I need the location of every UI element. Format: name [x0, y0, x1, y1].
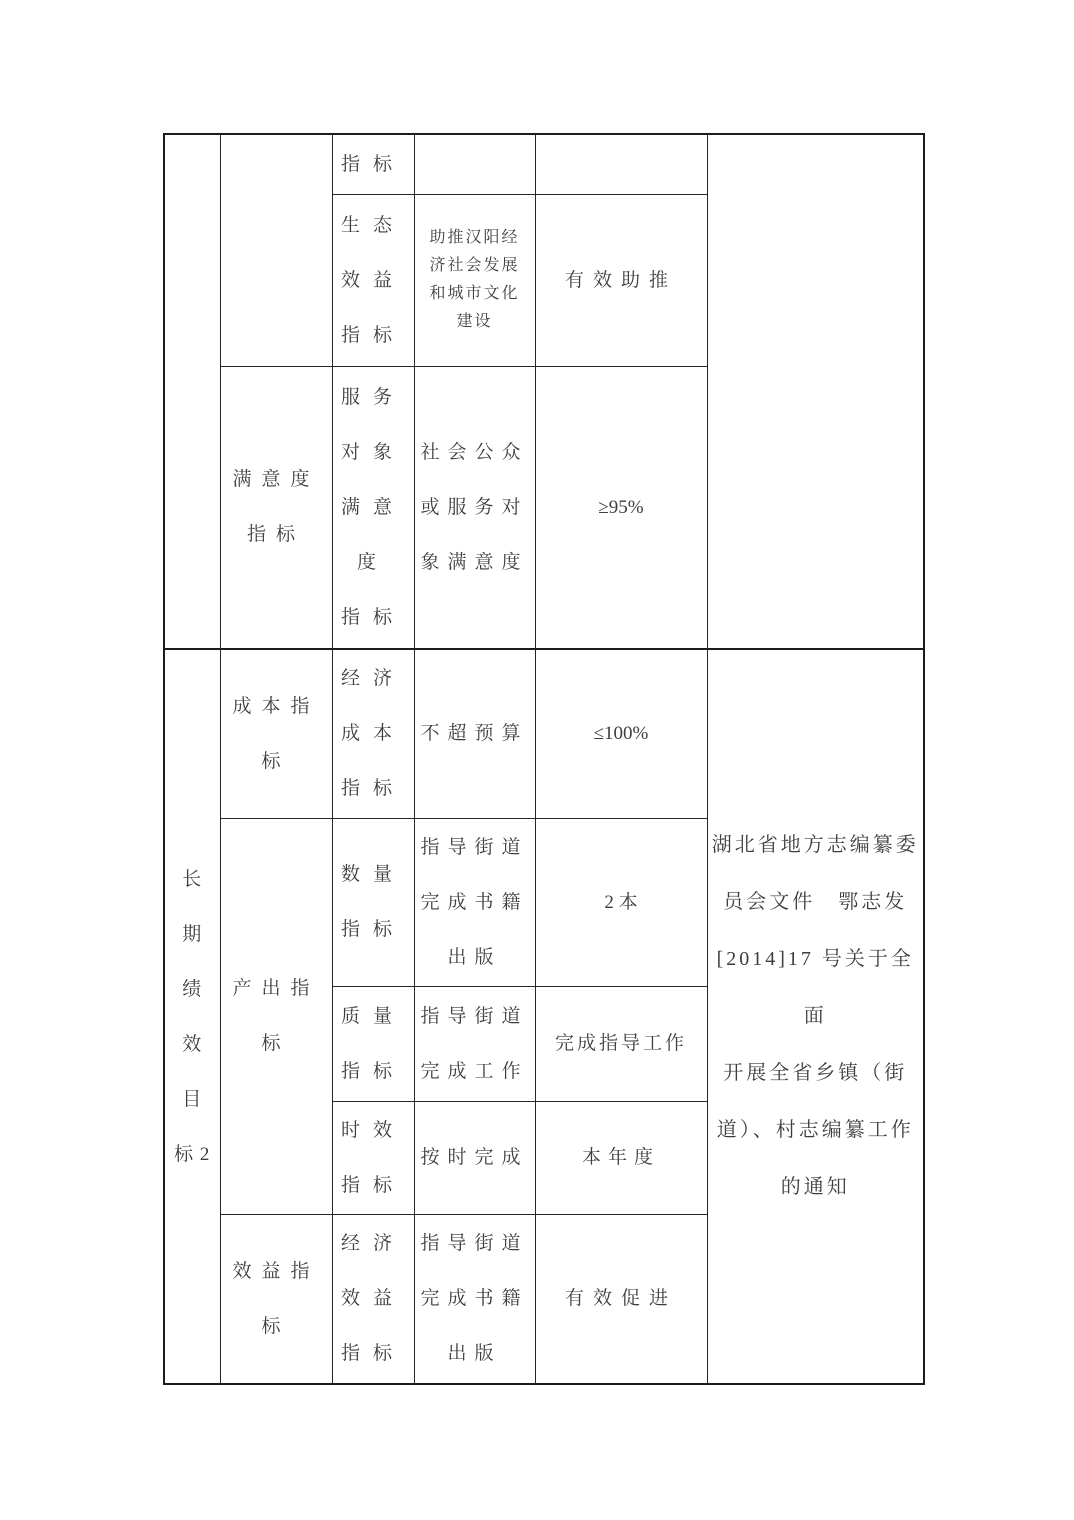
goal1-label-cell	[164, 134, 220, 649]
goal1-basis-cell	[707, 134, 924, 649]
goal1-partial-criteria-cell	[414, 134, 535, 194]
output-category-cell: 产出指标	[220, 818, 332, 1214]
eco-benefit-indicator-name-cell: 生态 效益 指标	[332, 194, 414, 366]
quantity-value-cell: 2 本	[535, 818, 707, 986]
benefit-category-cell: 效益指标	[220, 1214, 332, 1384]
quantity-indicator-name-cell: 数量 指标	[332, 818, 414, 986]
table-row: 长 期 绩 效 目 标 2 成本指标 经济 成本 指标 不超预算 ≤100% 湖…	[164, 649, 924, 818]
performance-target-table: 指标 生态 效益 指标 助推汉阳经 济社会发展 和城市文化 建设 有效助推 满意…	[163, 133, 925, 1385]
benefit-value-cell: 有效促进	[535, 1214, 707, 1384]
eco-benefit-value-cell: 有效助推	[535, 194, 707, 366]
table-row: 指标	[164, 134, 924, 194]
cost-indicator-name-cell: 经济 成本 指标	[332, 649, 414, 818]
benefit-criteria-cell: 指导街道 完成书籍 出版	[414, 1214, 535, 1384]
satisfaction-category-cell: 满意度 指标	[220, 366, 332, 649]
timeliness-criteria-cell: 按时完成	[414, 1101, 535, 1214]
timeliness-value-cell: 本年度	[535, 1101, 707, 1214]
quantity-criteria-cell: 指导街道 完成书籍 出版	[414, 818, 535, 986]
document-page: 指标 生态 效益 指标 助推汉阳经 济社会发展 和城市文化 建设 有效助推 满意…	[0, 0, 1074, 1520]
goal2-label-cell: 长 期 绩 效 目 标 2	[164, 649, 220, 1384]
eco-benefit-criteria-cell: 助推汉阳经 济社会发展 和城市文化 建设	[414, 194, 535, 366]
satisfaction-value-cell: ≥95%	[535, 366, 707, 649]
goal1-benefit-category-cell	[220, 134, 332, 366]
cost-value-cell: ≤100%	[535, 649, 707, 818]
goal1-partial-value-cell	[535, 134, 707, 194]
cost-criteria-cell: 不超预算	[414, 649, 535, 818]
goal1-partial-indicator-name-cell: 指标	[332, 134, 414, 194]
satisfaction-indicator-name-cell: 服务 对象 满意 度 指标	[332, 366, 414, 649]
benefit-indicator-name-cell: 经济 效益 指标	[332, 1214, 414, 1384]
goal2-basis-cell: 湖北省地方志编纂委 员会文件 鄂志发 [2014]17 号关于全面 开展全省乡镇…	[707, 649, 924, 1384]
quality-criteria-cell: 指导街道 完成工作	[414, 986, 535, 1101]
quality-indicator-name-cell: 质量 指标	[332, 986, 414, 1101]
cost-category-cell: 成本指标	[220, 649, 332, 818]
quality-value-cell: 完成指导工作	[535, 986, 707, 1101]
satisfaction-criteria-cell: 社会公众 或服务对 象满意度	[414, 366, 535, 649]
timeliness-indicator-name-cell: 时效 指标	[332, 1101, 414, 1214]
